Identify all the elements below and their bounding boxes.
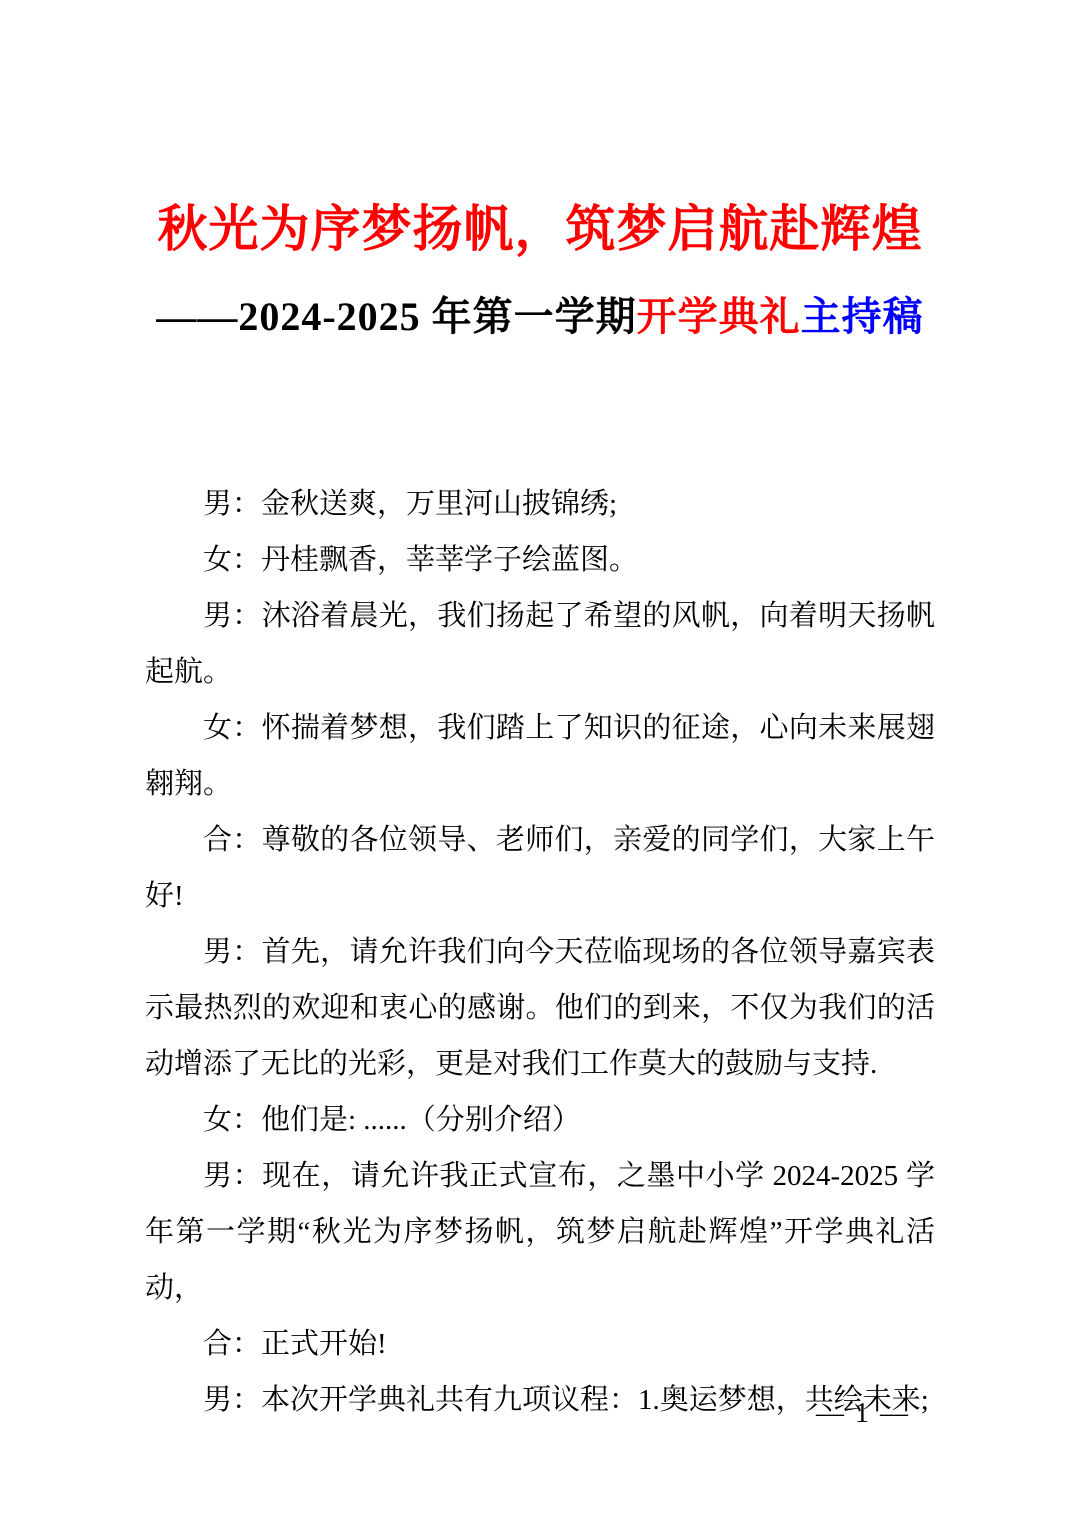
document-page: 秋光为序梦扬帆，筑梦启航赴辉煌 ——2024-2025 年第一学期开学典礼主持稿… xyxy=(0,0,1080,1527)
paragraph: 女：丹桂飘香，莘莘学子绘蓝图。 xyxy=(145,532,935,588)
paragraph: 男：首先，请允许我们向今天莅临现场的各位领导嘉宾表示最热烈的欢迎和衷心的感谢。他… xyxy=(145,924,935,1092)
paragraph: 男：现在，请允许我正式宣布，之墨中小学 2024-2025 学年第一学期“秋光为… xyxy=(145,1148,935,1316)
document-title: 秋光为序梦扬帆，筑梦启航赴辉煌 xyxy=(0,196,1080,262)
paragraph: 合：尊敬的各位领导、老师们，亲爱的同学们，大家上午好! xyxy=(145,812,935,924)
paragraph: 男：金秋送爽，万里河山披锦绣; xyxy=(145,476,935,532)
subtitle-ceremony-text: 开学典礼 xyxy=(637,294,801,339)
paragraph: 合：正式开始! xyxy=(145,1316,935,1372)
subtitle-prefix: ——2024-2025 年第一学期 xyxy=(156,294,636,339)
paragraph: 女：他们是: ......（分别介绍） xyxy=(145,1092,935,1148)
page-number: — 1 — xyxy=(816,1398,910,1430)
document-body: 男：金秋送爽，万里河山披锦绣;女：丹桂飘香，莘莘学子绘蓝图。男：沐浴着晨光，我们… xyxy=(145,476,935,1428)
paragraph: 女：怀揣着梦想，我们踏上了知识的征途，心向未来展翅翱翔。 xyxy=(145,700,935,812)
document-subtitle: ——2024-2025 年第一学期开学典礼主持稿 xyxy=(0,286,1080,348)
paragraph: 男：沐浴着晨光，我们扬起了希望的风帆，向着明天扬帆起航。 xyxy=(145,588,935,700)
subtitle-script-text: 主持稿 xyxy=(801,294,924,339)
